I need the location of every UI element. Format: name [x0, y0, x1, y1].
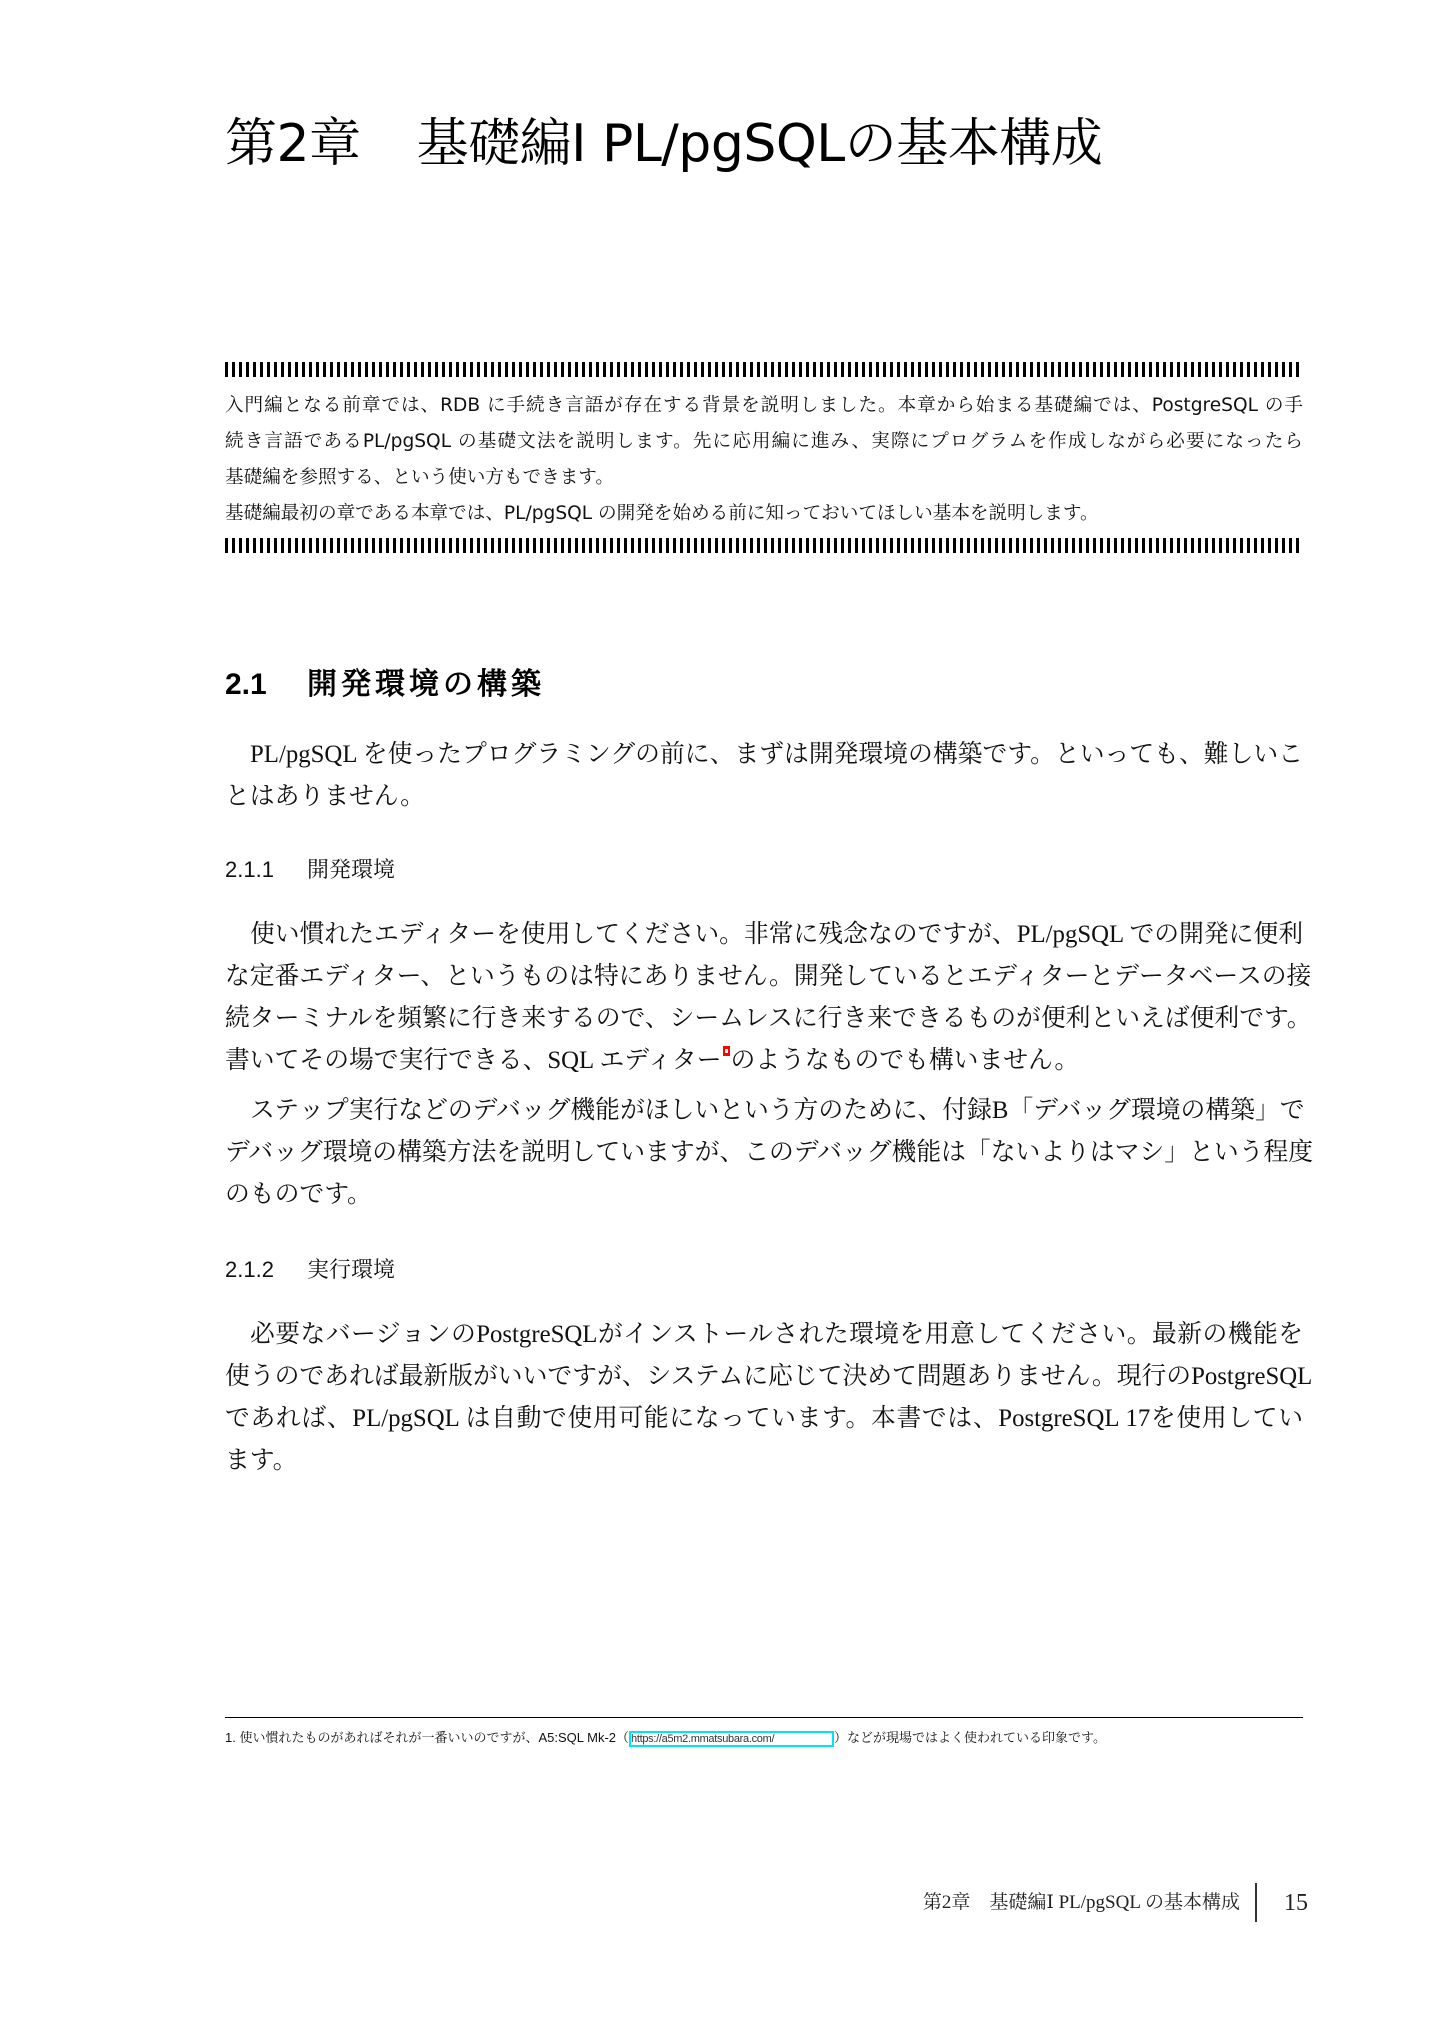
footnote-number: 1. [225, 1730, 236, 1745]
subsection-heading-2-1-2: 2.1.2実行環境 [225, 1254, 1303, 1286]
paragraph-line: 使い慣れたエディターを使用してください。非常に残念なのですが、PL/pgSQL … [225, 914, 1303, 956]
intro-bottom-stripe-divider [225, 538, 1303, 553]
paragraph-line: PL/pgSQL を使ったプログラミングの前に、まずは開発環境の構築です。といっ… [225, 734, 1303, 776]
paragraph-2-1-2: 必要なバージョンのPostgreSQLがインストールされた環境を用意してください… [225, 1314, 1303, 1482]
paragraph-line: のものです。 [225, 1174, 1303, 1216]
paragraph-line: 使うのであれば最新版がいいですが、システムに応じて決めて問題ありません。現行のP… [225, 1356, 1303, 1398]
footnote-divider [225, 1717, 1303, 1718]
paragraph-2-1: PL/pgSQL を使ったプログラミングの前に、まずは開発環境の構築です。といっ… [225, 734, 1303, 818]
intro-top-stripe-divider [225, 362, 1303, 377]
line-text-after-footnote: のようなものでも構いません。 [731, 1047, 1080, 1074]
paragraph-line: とはありません。 [225, 776, 1303, 818]
chapter-title: 第2章基礎編Ⅰ PL/pgSQLの基本構成 [225, 112, 1303, 176]
subsection-title: 開発環境 [307, 857, 395, 882]
paragraph-line: 書いてその場で実行できる、SQL エディターのようなものでも構いません。 [225, 1040, 1303, 1082]
section-heading-2-1: 2.1開発環境の構築 [225, 665, 1303, 705]
page-number: 15 [1284, 1886, 1308, 1920]
chapter-title-text: 基礎編Ⅰ PL/pgSQLの基本構成 [417, 114, 1103, 174]
footnote-marker[interactable] [723, 1046, 730, 1056]
paragraph-line: であれば、PL/pgSQL は自動で使用可能になっています。本書では、Postg… [225, 1398, 1303, 1440]
paragraph-line: ステップ実行などのデバッグ機能がほしいという方のために、付録B「デバッグ環境の構… [225, 1090, 1303, 1132]
line-text-before-footnote: 書いてその場で実行できる、SQL エディター [225, 1047, 722, 1074]
footnote-text-before: 使い慣れたものがあればそれが一番いいのですが、A5:SQL Mk-2（ [239, 1730, 629, 1745]
section-number: 2.1 [225, 665, 307, 705]
subsection-heading-2-1-1: 2.1.1開発環境 [225, 854, 1303, 886]
paragraph-2-1-1-b: ステップ実行などのデバッグ機能がほしいという方のために、付録B「デバッグ環境の構… [225, 1090, 1303, 1216]
footnote-text-after: ）などが現場ではよく使われている印象です。 [834, 1730, 1106, 1745]
intro-line: 続き言語であるPL/pgSQL の基礎文法を説明します。先に応用編に進み、実際に… [225, 424, 1303, 460]
chapter-number: 第2章 [225, 112, 361, 176]
paragraph-line: 必要なバージョンのPostgreSQLがインストールされた環境を用意してください… [225, 1314, 1303, 1356]
paragraph-line: な定番エディター、というものは特にありません。開発しているとエディターとデータベ… [225, 956, 1303, 998]
paragraph-2-1-1-a: 使い慣れたエディターを使用してください。非常に残念なのですが、PL/pgSQL … [225, 914, 1303, 1082]
subsection-number: 2.1.2 [225, 1254, 307, 1286]
chapter-intro: 入門編となる前章では、RDB に手続き言語が存在する背景を説明しました。本章から… [225, 388, 1303, 532]
paragraph-line: 続ターミナルを頻繁に行き来するので、シームレスに行き来できるものが便利といえば便… [225, 998, 1303, 1040]
intro-line: 基礎編最初の章である本章では、PL/pgSQL の開発を始める前に知っておいてほ… [225, 496, 1303, 532]
book-page: 第2章基礎編Ⅰ PL/pgSQLの基本構成 入門編となる前章では、RDB に手続… [0, 0, 1433, 2024]
footer-divider [1255, 1883, 1257, 1922]
subsection-title: 実行環境 [307, 1257, 395, 1282]
section-title: 開発環境の構築 [307, 668, 545, 701]
intro-line: 入門編となる前章では、RDB に手続き言語が存在する背景を説明しました。本章から… [225, 388, 1303, 424]
footnote: 1. 使い慣れたものがあればそれが一番いいのですが、A5:SQL Mk-2（ht… [225, 1728, 1303, 1748]
subsection-number: 2.1.1 [225, 854, 307, 886]
paragraph-line: ます。 [225, 1440, 1303, 1482]
intro-line: 基礎編を参照する、という使い方もできます。 [225, 460, 1303, 496]
running-footer-title: 第2章 基礎編Ⅰ PL/pgSQL の基本構成 [700, 1888, 1240, 1918]
paragraph-line: デバッグ環境の構築方法を説明していますが、このデバッグ機能は「ないよりはマシ」と… [225, 1132, 1303, 1174]
footnote-url-link[interactable]: https://a5m2.mmatsubara.com/ [629, 1731, 834, 1747]
